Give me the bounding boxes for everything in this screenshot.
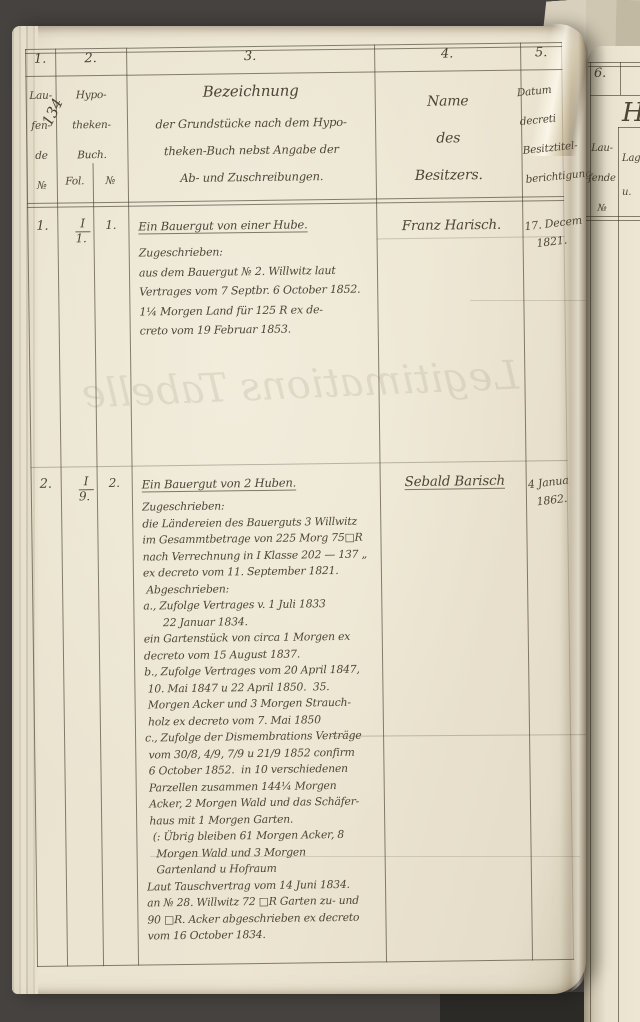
column-number-2: 2.	[55, 51, 126, 76]
row-description: Zugeschrieben: aus dem Bauergut № 2. Wil…	[139, 240, 380, 341]
header-datum-decreti: Datum decreti Besitztitel- berichtigung	[516, 74, 585, 195]
row-folio: I9.	[61, 474, 97, 489]
table-line	[590, 95, 640, 96]
folio-number: 1.	[75, 231, 86, 246]
header-hypothekenbuch: Hypo- theken- Buch.	[55, 80, 127, 171]
row-owner-name: Franz Harisch.	[381, 217, 521, 235]
row-owner-name: Sebald Barisch	[385, 473, 525, 491]
table-line	[620, 62, 621, 95]
row-folio: I1.	[57, 216, 93, 231]
register-table: 1. 2. 3. 4. 5. Lau- fen- de № Hypo- thek…	[25, 42, 574, 967]
column-number-4: 4.	[374, 46, 520, 72]
row-property-title: Ein Bauergut von einer Hube.	[138, 216, 376, 233]
next-page-column-number: 6.	[594, 66, 616, 81]
next-page-edge: 6. H Lau- fende № Lage u.	[584, 46, 640, 1022]
folio-number: 9.	[79, 489, 90, 504]
next-page-header-partial: H	[622, 98, 640, 128]
header-hb-no: №	[93, 175, 128, 187]
folio-volume: I	[75, 216, 90, 232]
row-hb-number: 1.	[93, 218, 128, 232]
row-property-title: Ein Bauergut von 2 Huben.	[142, 474, 380, 491]
table-line	[618, 127, 619, 1022]
folio-volume: I	[79, 474, 94, 490]
scanned-register-page: 6. H Lau- fende № Lage u. 134 Legitimati…	[0, 0, 640, 1022]
header-fol: Fol.	[57, 175, 93, 187]
table-line	[93, 163, 105, 966]
row-hb-number: 2.	[97, 476, 132, 490]
row-number: 2.	[31, 477, 61, 492]
header-bezeichnung-title: Bezeichnung	[127, 80, 375, 101]
row-description: Zugeschrieben: die Ländereien des Bauerg…	[142, 496, 388, 945]
row-number: 1.	[27, 219, 57, 234]
column-number-3: 3.	[126, 47, 374, 74]
header-name-des-besitzers: Name des Besitzers.	[375, 83, 522, 196]
next-page-subheader-right: Lage u.	[622, 142, 640, 210]
column-number-1: 1.	[25, 52, 55, 76]
table-row-divider	[31, 460, 568, 468]
column-number-5: 5.	[520, 45, 562, 70]
header-laufende-no: Lau- fen- de №	[25, 81, 57, 201]
table-line	[588, 62, 640, 63]
header-bezeichnung-text: der Grundstücke nach dem Hypo- theken-Bu…	[127, 108, 376, 192]
